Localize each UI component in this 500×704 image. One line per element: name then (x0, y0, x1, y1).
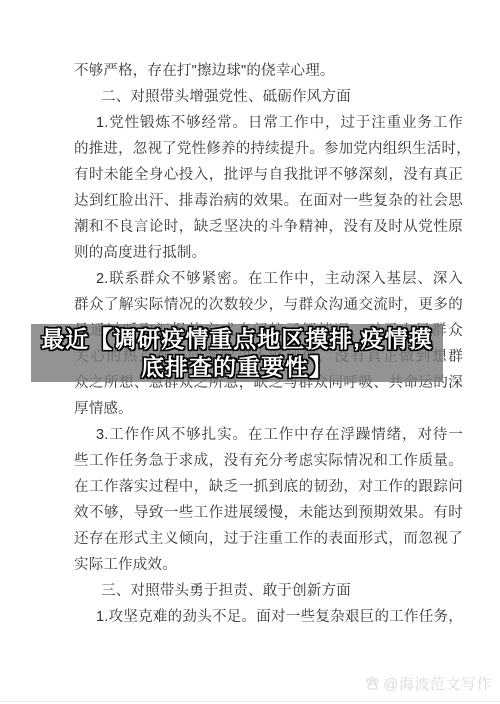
document-line: 群众了解实际情况的次数较少，与群众沟通交流时，更多的 (74, 292, 463, 318)
document-line: 厚情感。 (74, 396, 463, 422)
paw-icon (364, 675, 381, 692)
document-line: 些工作任务急于求成，没有充分考虑实际情况和工作质量。 (74, 448, 463, 474)
document-line: 实际工作成效。 (74, 552, 463, 578)
overlay-title-line2: 底排查的重要性】 (31, 353, 443, 381)
document-line: 3.工作作风不够扎实。在工作中存在浮躁情绪，对待一 (74, 422, 463, 448)
document-page: 不够严格，存在打"擦边球"的侥幸心理。二、对照带头增强党性、砥砺作风方面1.党性… (0, 0, 500, 704)
document-line: 1.攻坚克难的劲头不足。面对一些复杂艰巨的工作任务， (74, 604, 463, 630)
document-line: 的推进，忽视了党性修养的持续提升。参加党内组织生活时， (74, 136, 463, 162)
document-line: 三、对照带头勇于担责、敢于创新方面 (74, 578, 463, 604)
document-line: 二、对照带头增强党性、砥砺作风方面 (74, 84, 463, 110)
document-line: 则的高度进行抵制。 (74, 240, 463, 266)
watermark-text: @海波范文写作 (383, 673, 492, 694)
document-line: 不够严格，存在打"擦边球"的侥幸心理。 (74, 58, 463, 84)
document-line: 2.联系群众不够紧密。在工作中，主动深入基层、深入 (74, 266, 463, 292)
document-line: 1.党性锻炼不够经常。日常工作中，过于注重业务工作 (74, 110, 463, 136)
document-line: 还存在形式主义倾向，过于注重工作的表面形式，而忽视了 (74, 526, 463, 552)
bottom-hairline (0, 701, 500, 702)
title-overlay-banner: 最近【调研疫情重点地区摸排,疫情摸 底排查的重要性】 (31, 324, 443, 382)
document-line: 在工作落实过程中，缺乏一抓到底的韧劲，对工作的跟踪问 (74, 474, 463, 500)
watermark: @海波范文写作 (364, 673, 492, 694)
document-line: 达到红脸出汗、排毒治病的效果。在面对一些复杂的社会思 (74, 188, 463, 214)
document-line: 有时未能全身心投入，批评与自我批评不够深刻，没有真正 (74, 162, 463, 188)
document-line: 效不够，导致一些工作进展缓慢，未能达到预期效果。有时 (74, 500, 463, 526)
document-line: 潮和不良言论时，缺乏坚决的斗争精神，没有及时从党性原 (74, 214, 463, 240)
overlay-title-line1: 最近【调研疫情重点地区摸排,疫情摸 (31, 325, 443, 353)
